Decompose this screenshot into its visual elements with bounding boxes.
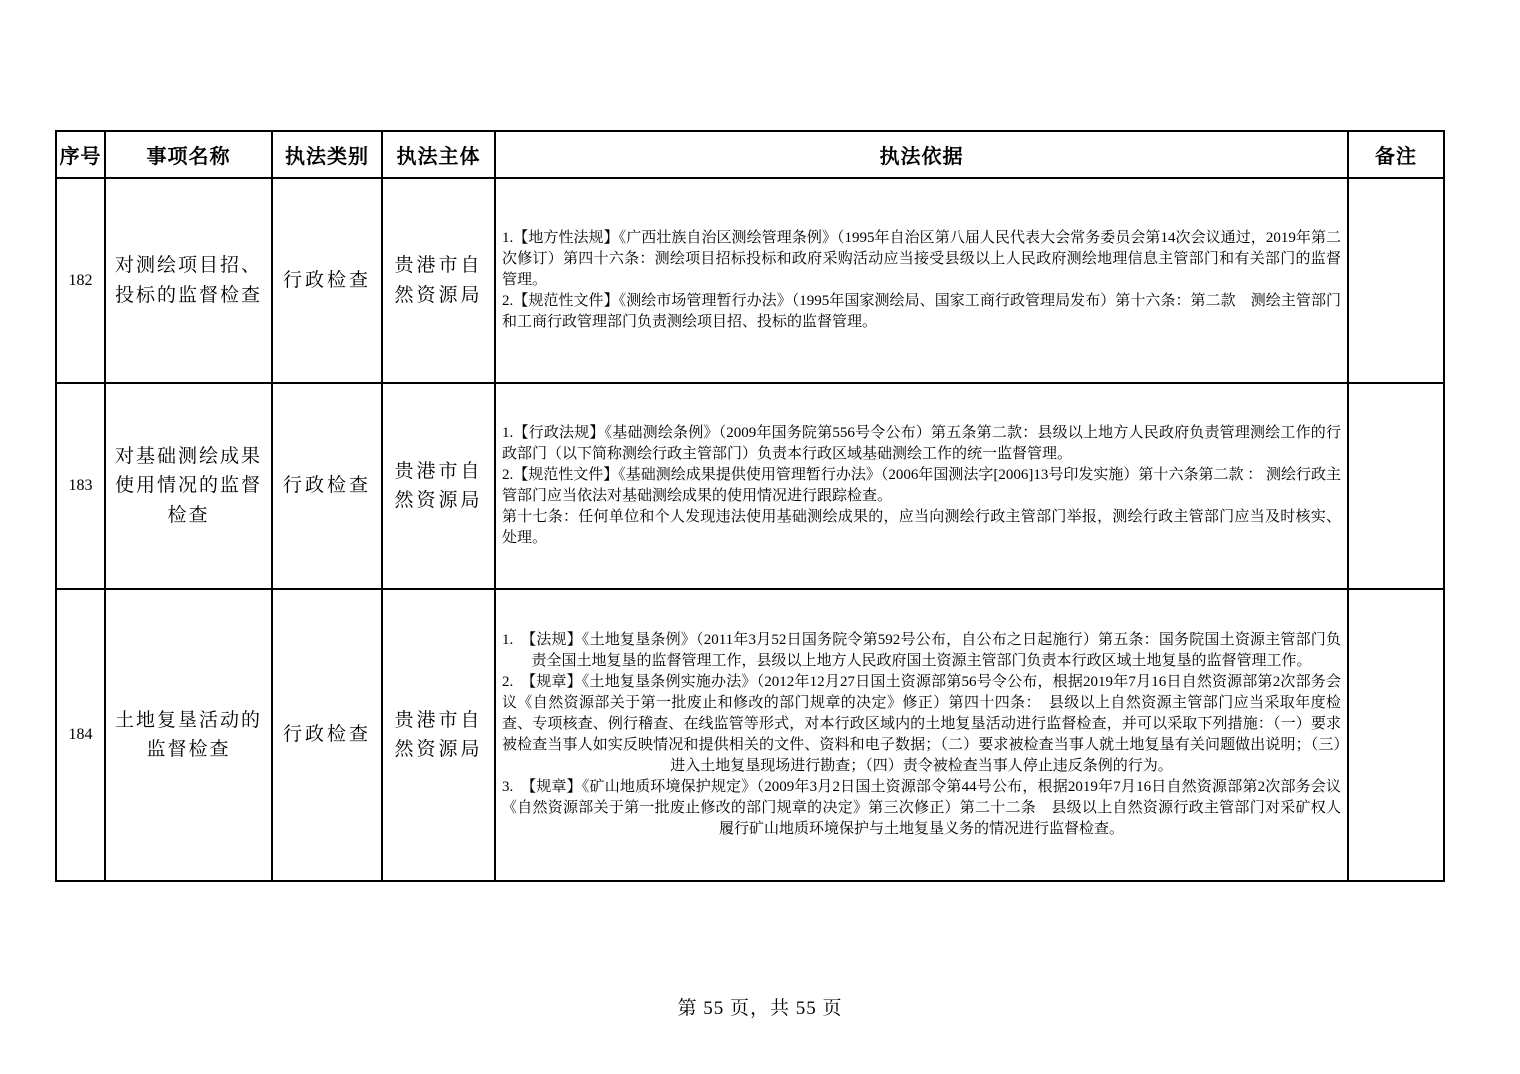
row-182-name: 对测绘项目招、投标的监督检查 <box>105 178 272 383</box>
basis-item: 1. 【法规】《土地复垦条例》（2011年3月52日国务院令第592号公布，自公… <box>502 630 1341 672</box>
header-subject: 执法主体 <box>382 131 495 178</box>
basis-item: 1.【地方性法规】《广西壮族自治区测绘管理条例》（1995年自治区第八届人民代表… <box>502 228 1341 291</box>
row-184-name: 土地复垦活动的监督检查 <box>105 589 272 881</box>
row-183-name: 对基础测绘成果使用情况的监督检查 <box>105 383 272 589</box>
table-header-row: 序号 事项名称 执法类别 执法主体 执法依据 备注 <box>56 131 1444 178</box>
header-index: 序号 <box>56 131 105 178</box>
header-basis: 执法依据 <box>495 131 1348 178</box>
row-184-index: 184 <box>56 589 105 881</box>
row-184-basis: 1. 【法规】《土地复垦条例》（2011年3月52日国务院令第592号公布，自公… <box>495 589 1348 881</box>
table-row: 183 对基础测绘成果使用情况的监督检查 行政检查 贵港市自然资源局 1.【行政… <box>56 383 1444 589</box>
enforcement-items-table: 序号 事项名称 执法类别 执法主体 执法依据 备注 182 对测绘项目招、投标的… <box>55 130 1445 882</box>
header-category: 执法类别 <box>272 131 382 178</box>
row-183-category: 行政检查 <box>272 383 382 589</box>
header-name: 事项名称 <box>105 131 272 178</box>
basis-item: 2. 【规章】《土地复垦条例实施办法》（2012年12月27日国土资源部第56号… <box>502 672 1341 777</box>
basis-item: 3. 【规章】《矿山地质环境保护规定》（2009年3月2日国土资源部令第44号公… <box>502 777 1341 840</box>
row-183-subject: 贵港市自然资源局 <box>382 383 495 589</box>
row-182-subject: 贵港市自然资源局 <box>382 178 495 383</box>
row-184-subject: 贵港市自然资源局 <box>382 589 495 881</box>
header-remark: 备注 <box>1348 131 1444 178</box>
table-row: 182 对测绘项目招、投标的监督检查 行政检查 贵港市自然资源局 1.【地方性法… <box>56 178 1444 383</box>
row-182-index: 182 <box>56 178 105 383</box>
row-182-remark <box>1348 178 1444 383</box>
table-row: 184 土地复垦活动的监督检查 行政检查 贵港市自然资源局 1. 【法规】《土地… <box>56 589 1444 881</box>
row-184-remark <box>1348 589 1444 881</box>
row-182-category: 行政检查 <box>272 178 382 383</box>
basis-item: 第十七条：任何单位和个人发现违法使用基础测绘成果的，应当向测绘行政主管部门举报，… <box>502 507 1341 549</box>
row-182-basis: 1.【地方性法规】《广西壮族自治区测绘管理条例》（1995年自治区第八届人民代表… <box>495 178 1348 383</box>
row-183-basis: 1.【行政法规】《基础测绘条例》（2009年国务院第556号令公布）第五条第二款… <box>495 383 1348 589</box>
basis-item: 2.【规范性文件】《基础测绘成果提供使用管理暂行办法》（2006年国测法字[20… <box>502 465 1341 507</box>
row-184-category: 行政检查 <box>272 589 382 881</box>
row-183-remark <box>1348 383 1444 589</box>
basis-item: 1.【行政法规】《基础测绘条例》（2009年国务院第556号令公布）第五条第二款… <box>502 423 1341 465</box>
basis-item: 2.【规范性文件】《测绘市场管理暂行办法》（1995年国家测绘局、国家工商行政管… <box>502 291 1341 333</box>
document-page: 序号 事项名称 执法类别 执法主体 执法依据 备注 182 对测绘项目招、投标的… <box>0 0 1520 1074</box>
page-number-footer: 第 55 页，共 55 页 <box>0 993 1520 1020</box>
row-183-index: 183 <box>56 383 105 589</box>
